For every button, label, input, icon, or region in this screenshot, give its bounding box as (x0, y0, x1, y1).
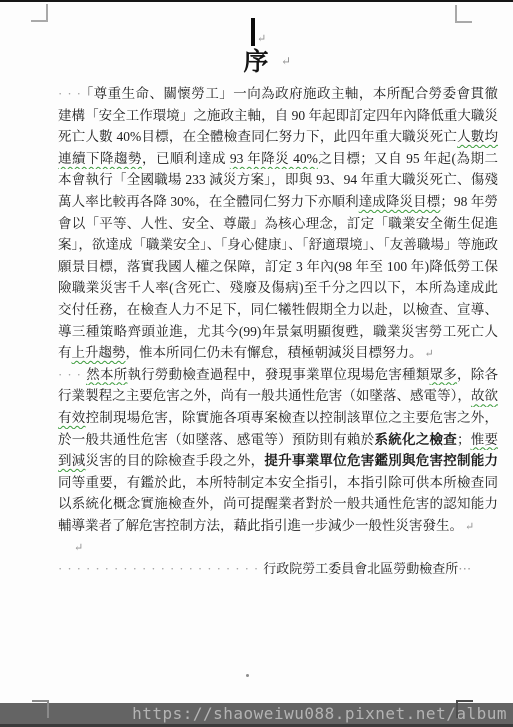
text-line: 於一般共通性危害（如墜落、感電等）預防則有賴於系統化之檢查；惟要達 (58, 429, 498, 451)
text-segment: 會以「平等、人性、安全、尊嚴」為核心理念，訂定「職業安全衛生促進方 (58, 216, 498, 235)
text-line: ↵ (58, 536, 498, 558)
scan-artifact-dot (246, 674, 249, 677)
page-title: 序 (0, 42, 513, 78)
space-dots: ······················ (58, 561, 263, 576)
grammar-flagged-text: 有效 (58, 410, 86, 425)
text-line: 輔導業者了解危害控制方法，藉此指引進一步減少一般性災害發生。↵ (58, 515, 498, 537)
text-line: 連續下降趨勢，已順利達成 93 年降災 40%之目標；又自 95 年起(為期二年… (58, 148, 498, 170)
text-segment: 同等重要，有鑑於此，本所特制定本安全指引，本指引除可供本所檢查同仁 (58, 475, 498, 494)
text-segment: 災害的目的除檢查手段之外， (86, 453, 265, 468)
text-line: 本會執行「全國職場 233 減災方案」，即與 93、94 年重大職災死亡、傷殘百 (58, 169, 498, 191)
text-line: 導三種策略齊頭並進，尤其今(99)年景氣明顯復甦，職業災害勞工死亡人數 (58, 321, 498, 343)
text-segment: ，惟本所同仁仍未有懈怠，積極朝減災目標努力。 (126, 345, 423, 360)
text-line: 有上升趨勢，惟本所同仁仍未有懈怠，積極朝減災目標努力。↵ (58, 342, 498, 364)
text-segment: 建構「安全工作環境」之施政主軸，自 90 年起即訂定四年內降低重大職災 (58, 108, 498, 123)
text-segment: 「尊重生命、關懷勞工」一向為政府施政主軸，本所配合勞委會貫徹 (86, 86, 498, 101)
space-dots: ··· (58, 86, 86, 101)
grammar-flagged-text: 到減 (58, 453, 86, 468)
text-line: ···「尊重生命、關懷勞工」一向為政府施政主軸，本所配合勞委會貫徹 (58, 83, 498, 105)
crop-mark-top-left-icon (31, 4, 48, 22)
text-segment: 交付任務，在檢查人力不足下，同仁犧牲假期全力以赴，以檢查、宣導、輔 (58, 302, 498, 321)
watermark-url: https://shaoweiwu088.pixnet.net/album (132, 704, 507, 723)
text-segment: 以系統化概念實施檢查外，尚可提醒業者對於一般共通性危害的認知能力與 (58, 496, 498, 515)
text-segment: 導三種策略齊頭並進，尤其今(99)年景氣明顯復甦，職業災害勞工死亡人數 (58, 324, 498, 343)
crop-mark-top-right-icon (455, 5, 472, 23)
grammar-flagged-text: 93 年降災 40% (230, 151, 318, 166)
text-segment: 於一般共通性危害（如墜落、感電等）預防則有賴於 (58, 432, 374, 447)
text-line: 萬人率比較再各降 30%，在全體同仁努力下亦順利達成降災目標；98 年勞委 (58, 191, 498, 213)
paragraph-mark: ↵ (281, 54, 291, 69)
bold-text: 提升事業單位危害鑑別與危害控制能力 (264, 453, 498, 468)
text-segment: 行政院勞工委員會北區勞動檢查所 (263, 561, 458, 576)
text-segment: 萬人率比較再各降 30%，在全體同仁努力下亦順利 (58, 194, 359, 209)
space-dots: ··· (58, 367, 86, 382)
text-segment: 行業製程之主要危害之外，尚有一般共通性危害（如墜落、感電等）， (58, 388, 471, 403)
crop-mark-bottom-right-icon (456, 700, 473, 718)
text-segment: ，已順利達成 (142, 151, 230, 166)
text-line: 以系統化概念實施檢查外，尚可提醒業者對於一般共通性危害的認知能力與 (58, 493, 498, 515)
paragraph-mark: ↵ (72, 542, 83, 554)
text-line: 有效控制現場危害，除實施各項專案檢查以控制該單位之主要危害之外，對 (58, 407, 498, 429)
grammar-flagged-text: 故欲 (471, 388, 498, 403)
text-segment: ； (457, 432, 471, 447)
text-line: 交付任務，在檢查人力不足下，同仁犧牲假期全力以赴，以檢查、宣導、輔 (58, 299, 498, 321)
text-line: 險職業災害千人率(含死亡、殘廢及傷病)至千分之四以下，本所為達成此項 (58, 277, 498, 299)
document-lines: ···「尊重生命、關懷勞工」一向為政府施政主軸，本所配合勞委會貫徹建構「安全工作… (58, 83, 498, 580)
text-segment: 本會執行「全國職場 233 減災方案」，即與 93、94 年重大職災死亡、傷殘百 (58, 172, 498, 191)
text-segment: 有 (58, 345, 72, 360)
text-segment: 輔導業者了解危害控制方法，藉此指引進一步減少一般性災害發生。 (58, 518, 463, 533)
text-segment: 願景目標，落實我國人權之保障，訂定 3 年內(98 年至 100 年)降低勞工保 (58, 259, 498, 274)
text-segment: 案」，欲達成「職業安全」、「身心健康」、「舒適環境」、「友善職場」等施政 (58, 237, 498, 252)
scanned-document-page: ↵ 序 ↵ ···「尊重生命、關懷勞工」一向為政府施政主軸，本所配合勞委會貫徹建… (0, 0, 513, 727)
text-line: 願景目標，落實我國人權之保障，訂定 3 年內(98 年至 100 年)降低勞工保 (58, 256, 498, 278)
text-line: 案」，欲達成「職業安全」、「身心健康」、「舒適環境」、「友善職場」等施政 (58, 234, 498, 256)
text-line: 行業製程之主要危害之外，尚有一般共通性危害（如墜落、感電等），故欲 (58, 385, 498, 407)
text-segment: 控制現場危害，除實施各項專案檢查以控制該單位之主要危害之外，對 (58, 410, 498, 429)
watermark-bar: https://shaoweiwu088.pixnet.net/album (0, 703, 513, 727)
grammar-flagged-text: 然本所 (86, 367, 127, 382)
text-line: 會以「平等、人性、安全、尊嚴」為核心理念，訂定「職業安全衛生促進方 (58, 213, 498, 235)
grammar-flagged-text: 眾多 (430, 367, 457, 382)
paragraph-mark: ↵ (423, 348, 434, 360)
space-dots: ⋯ (458, 561, 476, 576)
grammar-flagged-text: 達成降災目標 (359, 194, 441, 209)
crop-mark-bottom-left-icon (32, 700, 49, 718)
bold-text: 系統化之檢查 (374, 432, 457, 447)
text-line: ······················行政院勞工委員會北區勞動檢查所⋯ (58, 558, 498, 580)
text-line: 同等重要，有鑑於此，本所特制定本安全指引，本指引除可供本所檢查同仁 (58, 472, 498, 494)
text-segment: ，除各 (457, 367, 498, 382)
grammar-flagged-text: 上升趨勢 (72, 345, 126, 360)
text-segment: 險職業災害千人率(含死亡、殘廢及傷病)至千分之四以下，本所為達成此項 (58, 280, 498, 299)
text-segment: 執行勞動檢查過程中，發現事業單位現場危害種類 (127, 367, 429, 382)
paragraph-mark: ↵ (463, 521, 474, 533)
text-line: 到減災害的目的除檢查手段之外，提升事業單位危害鑑別與危害控制能力亦 (58, 450, 498, 472)
text-segment: 死亡人數 40%目標，在全體檢查同仁努力下，此四年重大職災死亡 (58, 129, 457, 144)
text-line: 死亡人數 40%目標，在全體檢查同仁努力下，此四年重大職災死亡人數均呈 (58, 126, 498, 148)
grammar-flagged-text: 連續下降趨勢 (58, 151, 142, 166)
text-line: ···然本所執行勞動檢查過程中，發現事業單位現場危害種類眾多，除各 (58, 364, 498, 386)
text-line: 建構「安全工作環境」之施政主軸，自 90 年起即訂定四年內降低重大職災 (58, 105, 498, 127)
scan-top-edge (0, 0, 513, 2)
